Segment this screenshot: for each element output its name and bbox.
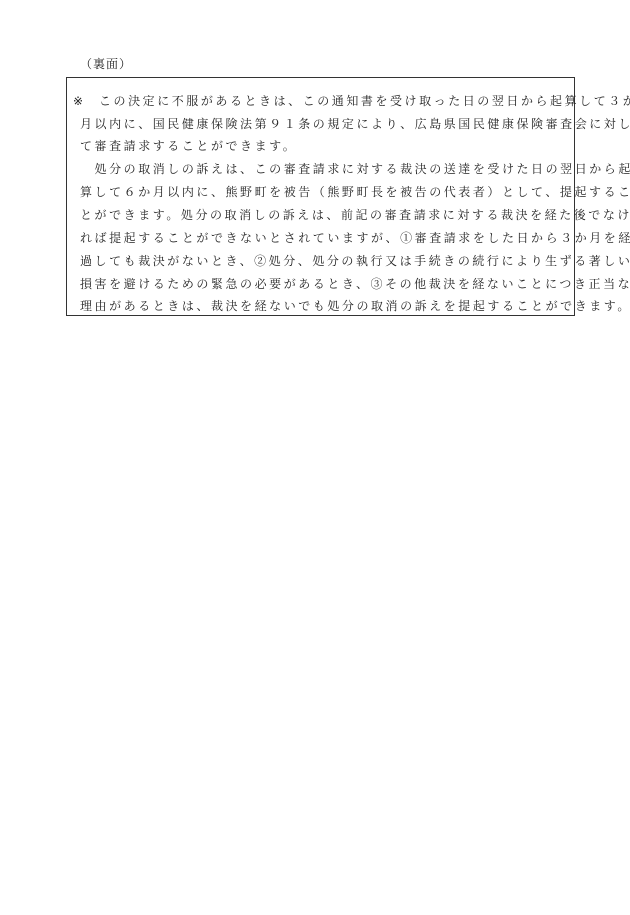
appeal-notice-box: ※ この決定に不服があるときは、この通知書を受け取った日の翌日から起算して３か … (66, 77, 575, 316)
notice-line-3: て審査請求することができます。 (80, 138, 297, 154)
notice-line-8: 過しても裁決がないとき、②処分、処分の執行又は手続きの続行により生ずる著しい (80, 253, 630, 269)
page-side-label: （裏面） (80, 56, 132, 72)
reference-mark: ※ (73, 93, 83, 109)
notice-line-7: れば提起することができないとされていますが、①審査請求をした日から３か月を経 (80, 230, 630, 246)
notice-line-6: とができます。処分の取消しの訴えは、前記の審査請求に対する裁決を経た後でなけ (80, 207, 630, 223)
notice-line-4: 処分の取消しの訴えは、この審査請求に対する裁決の送達を受けた日の翌日から起 (80, 161, 630, 177)
notice-line-9: 損害を避けるための緊急の必要があるとき、③その他裁決を経ないことにつき正当な (80, 276, 630, 292)
notice-line-2: 月以内に、国民健康保険法第９１条の規定により、広島県国民健康保険審査会に対し (80, 116, 630, 132)
notice-line-5: 算して６か月以内に、熊野町を被告（熊野町長を被告の代表者）として、提起するこ (80, 184, 630, 200)
notice-line-10: 理由があるときは、裁決を経ないでも処分の取消の訴えを提起することができます。 (80, 298, 630, 314)
notice-line-1: この決定に不服があるときは、この通知書を受け取った日の翌日から起算して３か (99, 93, 630, 109)
